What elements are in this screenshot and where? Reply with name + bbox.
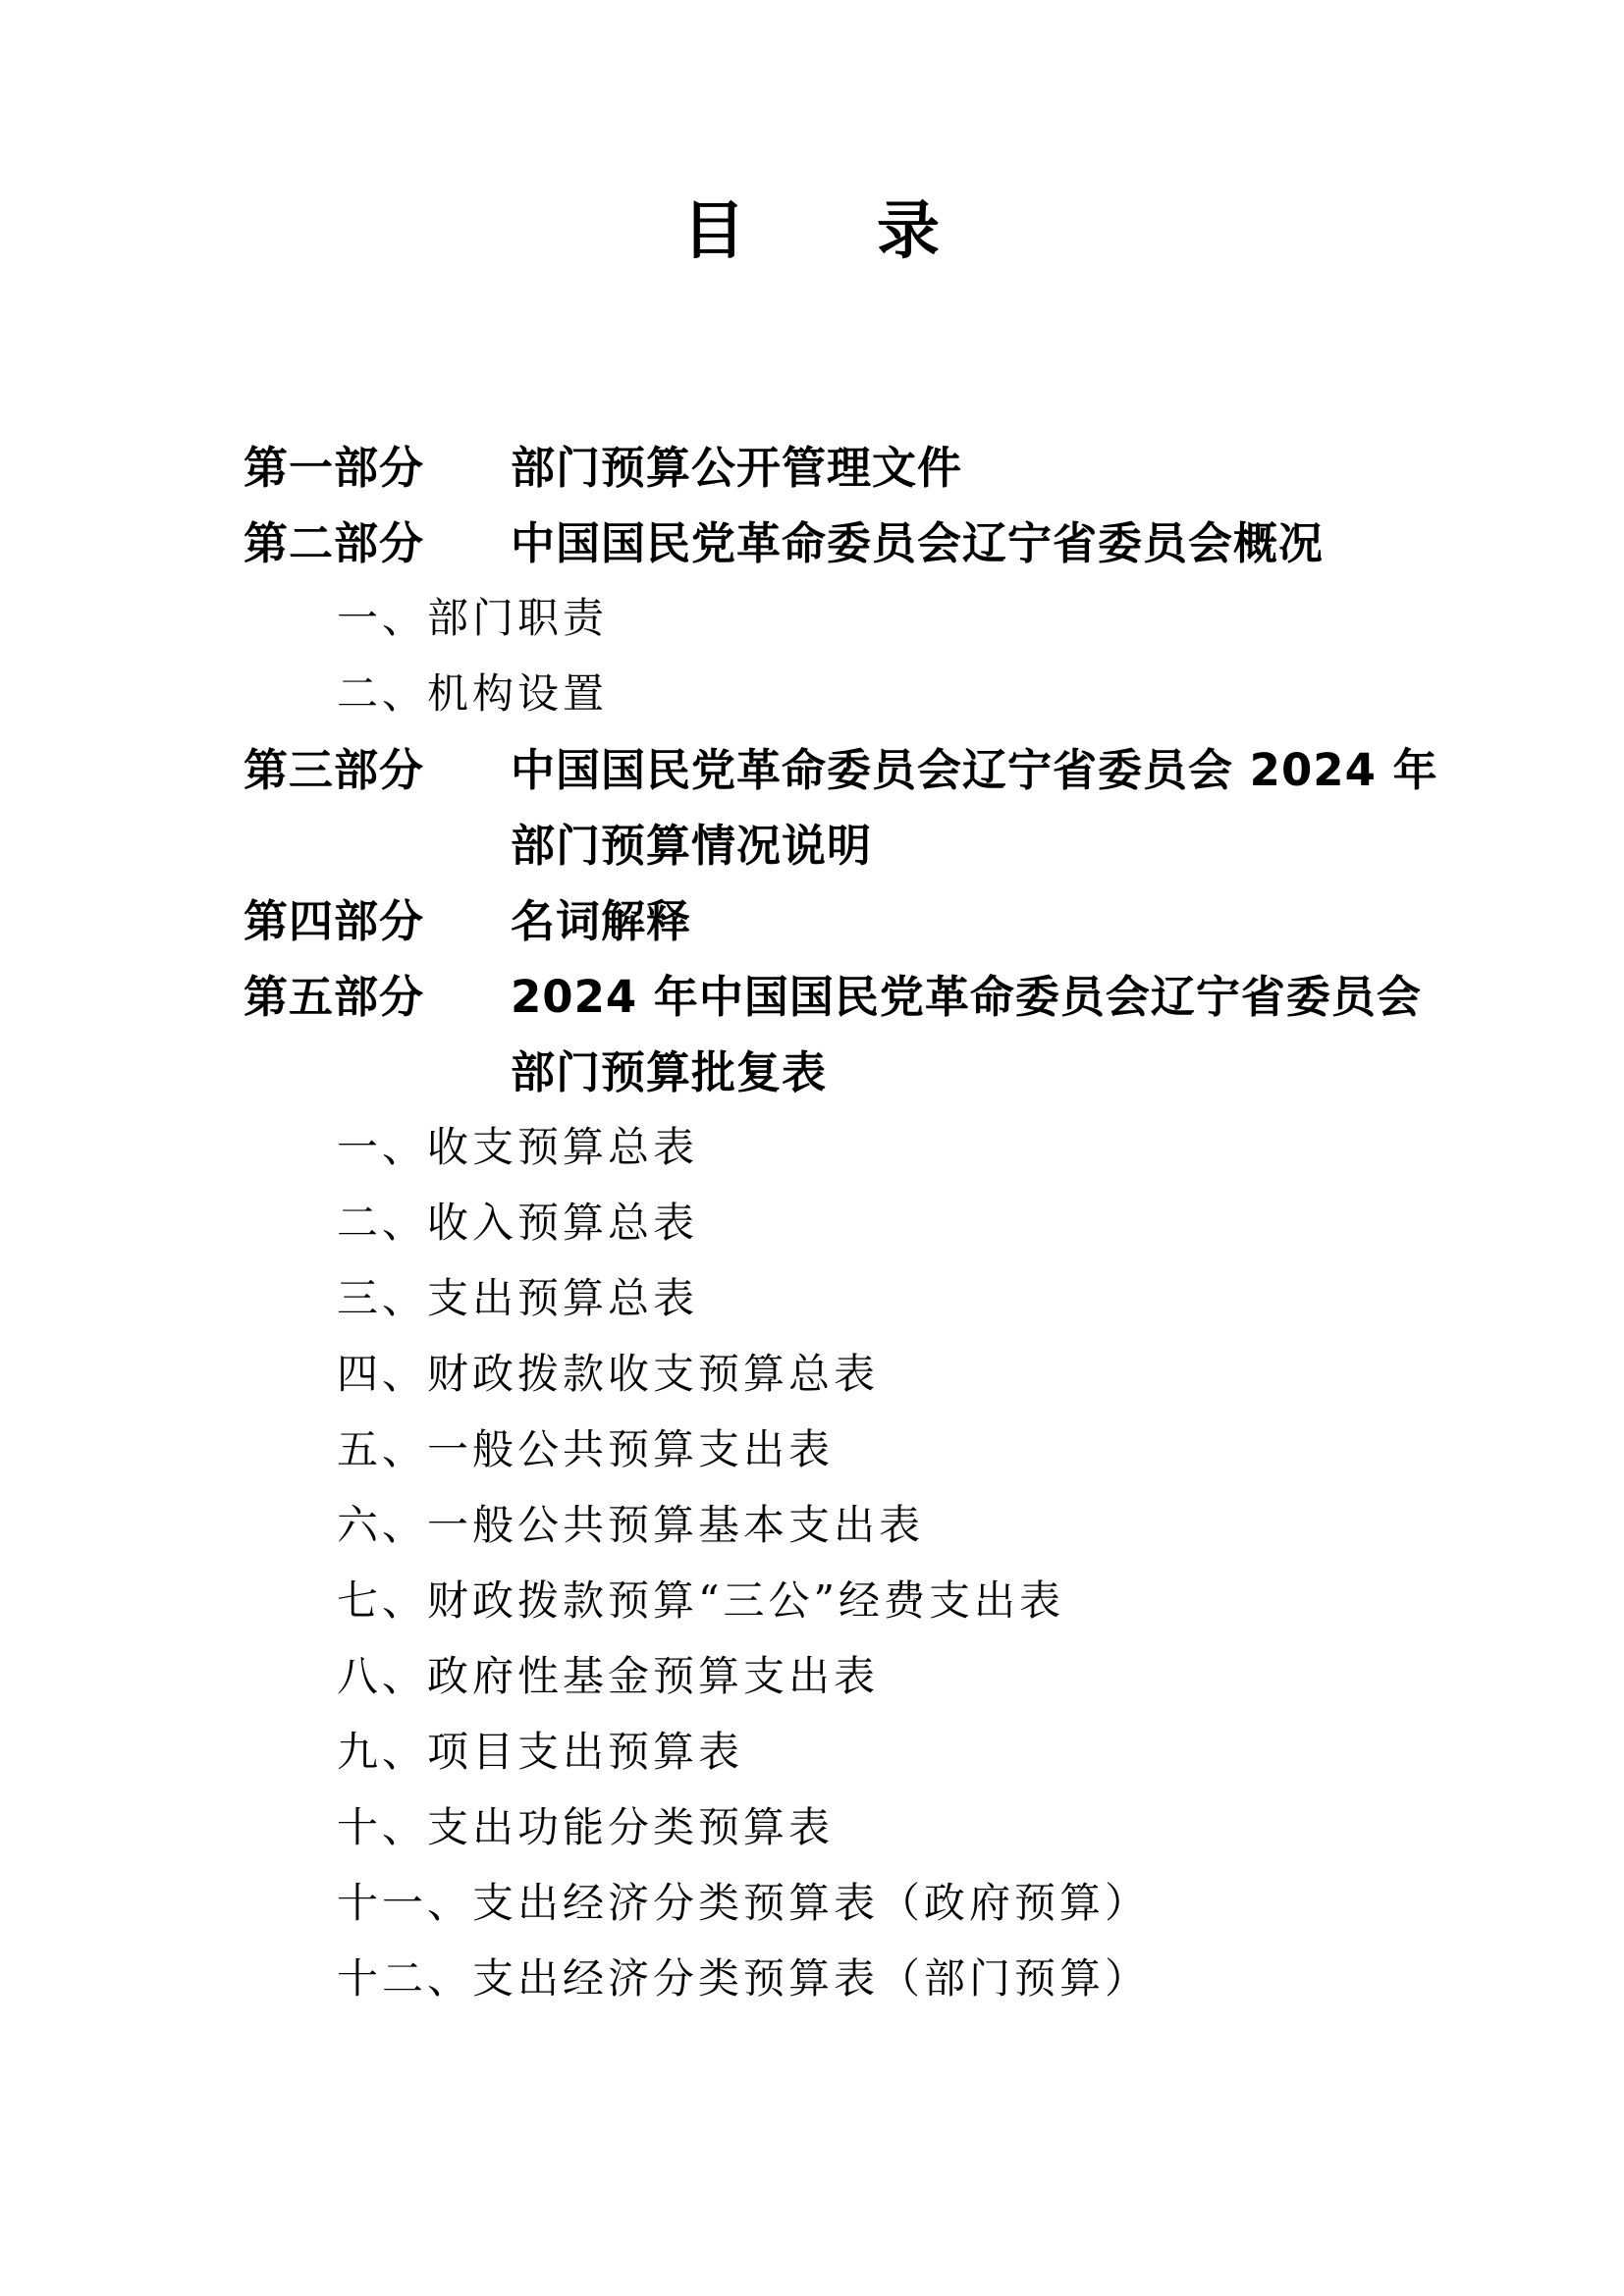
toc-item-text: 八、政府性基金预算支出表	[337, 1644, 879, 1703]
toc-section-label: 第二部分	[244, 507, 511, 571]
toc-item-text: 十一、支出经济分类预算表（政府预算）	[337, 1871, 1150, 1930]
toc-section-row: 部门预算情况说明	[244, 804, 1520, 880]
toc-section-row: 第二部分中国国民党革命委员会辽宁省委员会概况	[244, 502, 1520, 577]
toc-section-title: 部门预算情况说明	[511, 810, 872, 874]
toc-item-row: 五、一般公共预算支出表	[244, 1409, 1520, 1484]
toc-item-text: 十二、支出经济分类预算表（部门预算）	[337, 1947, 1150, 2005]
toc-item-row: 二、机构设置	[244, 653, 1520, 728]
toc-section-row: 第五部分2024 年中国国民党革命委员会辽宁省委员会	[244, 955, 1520, 1031]
toc-section-row: 部门预算批复表	[244, 1031, 1520, 1106]
toc-item-row: 四、财政拨款收支预算总表	[244, 1333, 1520, 1409]
toc-item-row: 十、支出功能分类预算表	[244, 1787, 1520, 1862]
toc-section-label: 第四部分	[244, 885, 511, 949]
toc-section-label: 第三部分	[244, 734, 511, 798]
toc-section-row: 第四部分名词解释	[244, 880, 1520, 955]
document-page: 目 录 第一部分部门预算公开管理文件第二部分中国国民党革命委员会辽宁省委员会概况…	[0, 0, 1624, 2296]
toc-item-text: 七、财政拨款预算“三公”经费支出表	[337, 1569, 1064, 1628]
toc-item-row: 二、收入预算总表	[244, 1182, 1520, 1257]
toc-item-text: 一、收支预算总表	[337, 1115, 698, 1174]
toc-item-text: 三、支出预算总表	[337, 1266, 698, 1325]
toc-section-row: 第一部分部门预算公开管理文件	[244, 426, 1520, 502]
toc-item-row: 三、支出预算总表	[244, 1257, 1520, 1333]
toc-section-title: 部门预算批复表	[511, 1037, 827, 1100]
toc-section-title: 中国国民党革命委员会辽宁省委员会概况	[511, 507, 1324, 571]
toc-section-title: 部门预算公开管理文件	[511, 432, 962, 496]
toc-section-title: 名词解释	[511, 885, 691, 949]
table-of-contents: 第一部分部门预算公开管理文件第二部分中国国民党革命委员会辽宁省委员会概况一、部门…	[244, 426, 1520, 2013]
toc-item-row: 一、收支预算总表	[244, 1106, 1520, 1182]
toc-section-label: 第五部分	[244, 961, 511, 1025]
toc-item-text: 二、收入预算总表	[337, 1191, 698, 1250]
toc-item-text: 六、一般公共预算基本支出表	[337, 1493, 924, 1552]
toc-item-row: 九、项目支出预算表	[244, 1711, 1520, 1787]
toc-item-text: 九、项目支出预算表	[337, 1720, 743, 1779]
toc-section-title: 中国国民党革命委员会辽宁省委员会 2024 年	[511, 734, 1438, 798]
toc-item-text: 一、部门职责	[337, 586, 608, 645]
toc-item-row: 七、财政拨款预算“三公”经费支出表	[244, 1560, 1520, 1635]
toc-item-row: 八、政府性基金预算支出表	[244, 1635, 1520, 1711]
toc-section-label: 第一部分	[244, 432, 511, 496]
toc-section-row: 第三部分中国国民党革命委员会辽宁省委员会 2024 年	[244, 728, 1520, 804]
toc-item-row: 六、一般公共预算基本支出表	[244, 1484, 1520, 1560]
toc-item-text: 二、机构设置	[337, 662, 608, 721]
toc-section-title: 2024 年中国国民党革命委员会辽宁省委员会	[511, 961, 1422, 1025]
toc-item-row: 十二、支出经济分类预算表（部门预算）	[244, 1938, 1520, 2013]
toc-item-text: 五、一般公共预算支出表	[337, 1417, 834, 1476]
toc-item-row: 十一、支出经济分类预算表（政府预算）	[244, 1862, 1520, 1938]
page-title: 目 录	[0, 198, 1624, 265]
toc-item-text: 十、支出功能分类预算表	[337, 1795, 834, 1854]
toc-item-text: 四、财政拨款收支预算总表	[337, 1342, 879, 1401]
toc-item-row: 一、部门职责	[244, 577, 1520, 653]
